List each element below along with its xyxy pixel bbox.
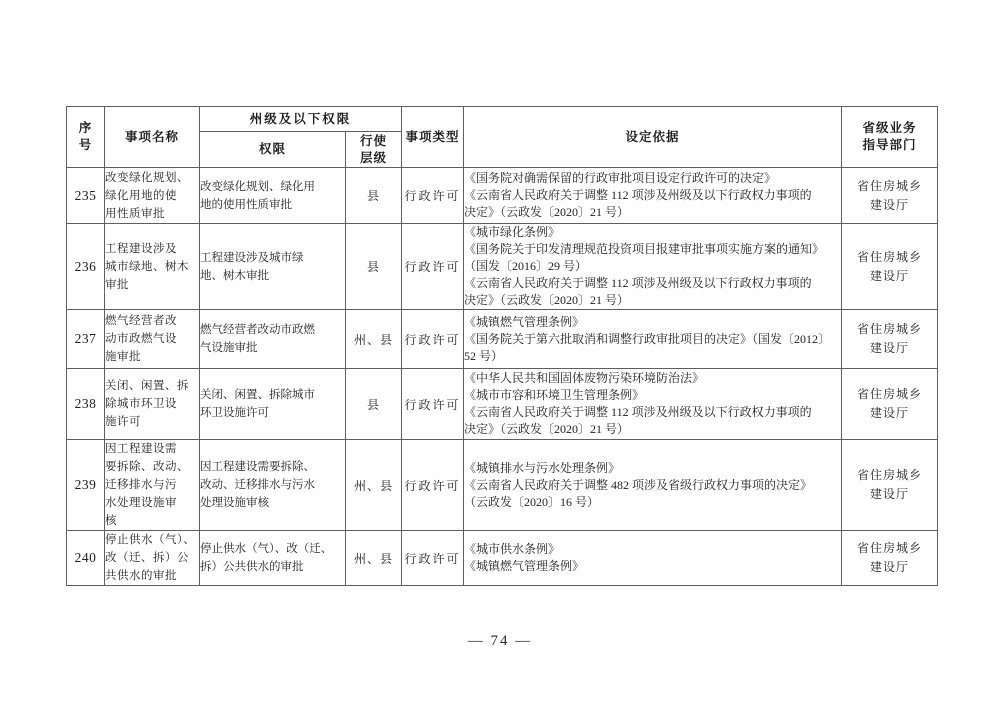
item-name-cell: 因工程建设需 要拆除、改动、 迁移排水与污 水处理设施审 核 <box>105 440 200 531</box>
authority-cell: 关闭、闲置、拆除城市 环卫设施许可 <box>200 369 346 440</box>
permissions-table: 序 号 事项名称 州级及以下权限 事项类型 设定依据 省级业务 指导部门 权限 … <box>66 106 938 586</box>
row-no: 235 <box>67 168 105 224</box>
dept-cell: 省住房城乡 建设厅 <box>842 168 938 224</box>
level-cell: 县 <box>346 224 402 310</box>
header-basis: 设定依据 <box>464 107 842 168</box>
dept-cell: 省住房城乡 建设厅 <box>842 440 938 531</box>
basis-cell: 《城市供水条例》 《城镇燃气管理条例》 <box>464 531 842 586</box>
table-row-237: 237 燃气经营者改 动市政燃气设 施审批 燃气经营者改动市政燃 气设施审批 州… <box>67 310 938 369</box>
header-item-type: 事项类型 <box>402 107 464 168</box>
permissions-table-wrap: 序 号 事项名称 州级及以下权限 事项类型 设定依据 省级业务 指导部门 权限 … <box>66 106 938 586</box>
level-cell: 州、县 <box>346 531 402 586</box>
header-seq: 序 号 <box>67 107 105 168</box>
authority-cell: 燃气经营者改动市政燃 气设施审批 <box>200 310 346 369</box>
level-cell: 县 <box>346 369 402 440</box>
authority-cell: 改变绿化规划、绿化用 地的使用性质审批 <box>200 168 346 224</box>
row-no: 239 <box>67 440 105 531</box>
header-level: 行使 层级 <box>346 132 402 168</box>
basis-cell: 《城市绿化条例》 《国务院关于印发清理规范投资项目报建审批事项实施方案的通知》 … <box>464 224 842 310</box>
basis-cell: 《中华人民共和国固体废物污染环境防治法》 《城市市容和环境卫生管理条例》 《云南… <box>464 369 842 440</box>
level-cell: 州、县 <box>346 440 402 531</box>
item-name-cell: 改变绿化规划、 绿化用地的使 用性质审批 <box>105 168 200 224</box>
dept-cell: 省住房城乡 建设厅 <box>842 369 938 440</box>
authority-cell: 停止供水（气）、改（迁、 拆）公共供水的审批 <box>200 531 346 586</box>
dept-cell: 省住房城乡 建设厅 <box>842 531 938 586</box>
dept-cell: 省住房城乡 建设厅 <box>842 310 938 369</box>
table-row-235: 235 改变绿化规划、 绿化用地的使 用性质审批 改变绿化规划、绿化用 地的使用… <box>67 168 938 224</box>
header-group-prefecture-authority: 州级及以下权限 <box>200 107 402 132</box>
type-cell: 行政许可 <box>402 531 464 586</box>
table-row-239: 239 因工程建设需 要拆除、改动、 迁移排水与污 水处理设施审 核 因工程建设… <box>67 440 938 531</box>
table-row-236: 236 工程建设涉及 城市绿地、树木 审批 工程建设涉及城市绿 地、树木审批 县… <box>67 224 938 310</box>
item-name-cell: 关闭、闲置、拆 除城市环卫设 施许可 <box>105 369 200 440</box>
table-row-240: 240 停止供水（气）、 改（迁、拆）公 共供水的审批 停止供水（气）、改（迁、… <box>67 531 938 586</box>
type-cell: 行政许可 <box>402 310 464 369</box>
row-no: 238 <box>67 369 105 440</box>
item-name-cell: 燃气经营者改 动市政燃气设 施审批 <box>105 310 200 369</box>
header-item-name: 事项名称 <box>105 107 200 168</box>
basis-cell: 《城镇排水与污水处理条例》 《云南省人民政府关于调整 482 项涉及省级行政权力… <box>464 440 842 531</box>
type-cell: 行政许可 <box>402 369 464 440</box>
document-page: 序 号 事项名称 州级及以下权限 事项类型 设定依据 省级业务 指导部门 权限 … <box>0 0 1000 707</box>
row-no: 236 <box>67 224 105 310</box>
authority-cell: 工程建设涉及城市绿 地、树木审批 <box>200 224 346 310</box>
type-cell: 行政许可 <box>402 440 464 531</box>
item-name-cell: 工程建设涉及 城市绿地、树木 审批 <box>105 224 200 310</box>
header-row-top: 序 号 事项名称 州级及以下权限 事项类型 设定依据 省级业务 指导部门 <box>67 107 938 132</box>
dept-cell: 省住房城乡 建设厅 <box>842 224 938 310</box>
page-number: — 74 — <box>0 633 1000 650</box>
table-row-238: 238 关闭、闲置、拆 除城市环卫设 施许可 关闭、闲置、拆除城市 环卫设施许可… <box>67 369 938 440</box>
type-cell: 行政许可 <box>402 168 464 224</box>
authority-cell: 因工程建设需要拆除、 改动、迁移排水与污水 处理设施审核 <box>200 440 346 531</box>
header-authority: 权限 <box>200 132 346 168</box>
header-dept: 省级业务 指导部门 <box>842 107 938 168</box>
item-name-cell: 停止供水（气）、 改（迁、拆）公 共供水的审批 <box>105 531 200 586</box>
level-cell: 县 <box>346 168 402 224</box>
row-no: 240 <box>67 531 105 586</box>
level-cell: 州、县 <box>346 310 402 369</box>
row-no: 237 <box>67 310 105 369</box>
basis-cell: 《城镇燃气管理条例》 《国务院关于第六批取消和调整行政审批项目的决定》（国发〔2… <box>464 310 842 369</box>
type-cell: 行政许可 <box>402 224 464 310</box>
basis-cell: 《国务院对确需保留的行政审批项目设定行政许可的决定》 《云南省人民政府关于调整 … <box>464 168 842 224</box>
